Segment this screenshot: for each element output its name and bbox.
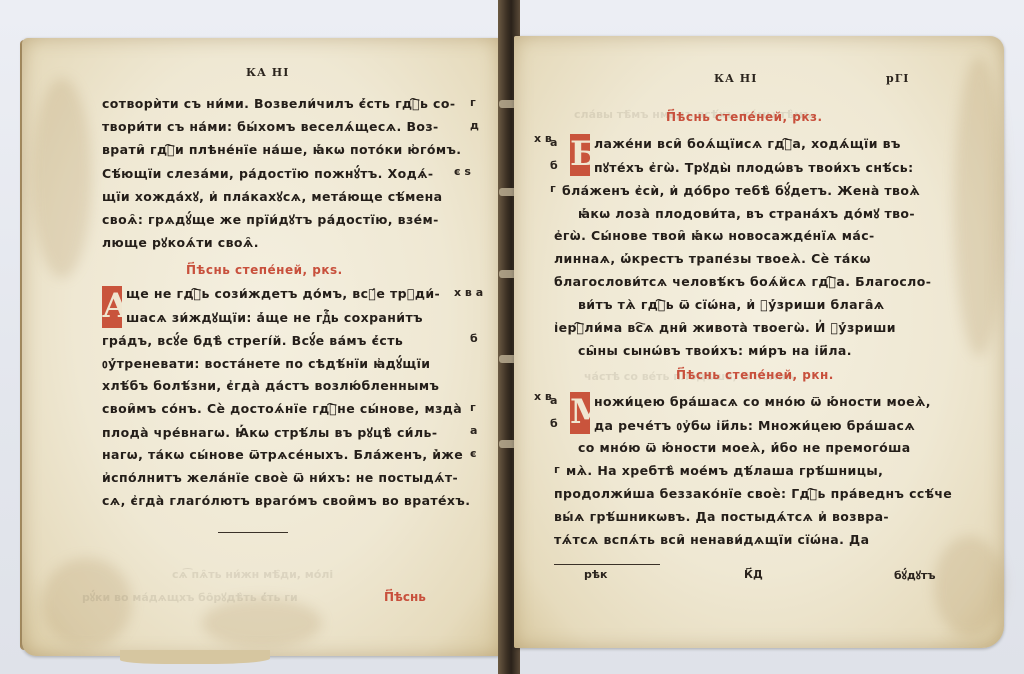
text-line: твори́ти съ на́ми: бы́хомъ веселѧ́щесѧ. … — [102, 119, 439, 134]
verse-number: г — [550, 182, 556, 195]
torn-edge — [120, 650, 270, 664]
text-line: благослови́тсѧ человѣ́къ боѧ́йсѧ гдⷭ҇а. … — [554, 274, 931, 289]
catchword: бꙋ́дꙋтъ — [894, 568, 936, 583]
verse-number: х в а — [454, 286, 483, 299]
left-page: сѧ͡ пѧ̑ть ни́жн мѣ̑ди, мо́лі рꙋ́ки во ма… — [22, 38, 500, 656]
text-line: со мно́ю ѿ ю҆́ности моеѧ̀, и҆́бо не прем… — [578, 440, 911, 455]
end-rule — [218, 532, 288, 533]
drop-cap: А — [102, 286, 122, 328]
verse-number: а — [470, 424, 477, 437]
stain — [202, 598, 322, 648]
drop-cap: М — [570, 392, 590, 434]
signature-mark: рѣк — [584, 568, 607, 581]
quire-number: К҃Д — [744, 568, 763, 581]
text-line: лаже́ни вси̑ боѧ́щїисѧ гдⷭ҇а, ходѧ́щїи в… — [594, 136, 901, 151]
text-line: продолжи́ша беззако́нїе своѐ: Гдⷭ҇ь пра́… — [554, 486, 952, 501]
psalm-heading: П҃ѣснь степе́ней, ркѕ. — [186, 263, 343, 277]
text-line: линнаѧ, ѡ҆́крестъ трапе́зы твоеѧ̀. Сѐ та… — [554, 251, 871, 266]
psalm-heading: П҃ѣснь степе́ней, ркн. — [676, 368, 834, 382]
text-line: врати̑ гдⷭ҇и плѣне́нїе на́ше, ꙗ҆́кѡ пото… — [102, 142, 461, 157]
verse-number: г — [470, 401, 476, 414]
text-line: люще рꙋкоѧ́ти своѧ̑. — [102, 234, 259, 251]
running-head: КА НІ — [714, 72, 757, 85]
bleed-through-text: рꙋ́ки во ма́дѧщхъ бо̑рꙋдѣ̀ть є҆́ть ги — [82, 590, 298, 605]
text-line: да рече́тъ ᲂу҆бѡ і҆и҃ль: Множи́цею бра́ш… — [594, 417, 915, 434]
text-line: нагѡ, та́кѡ сы́нове ѿтрѧсе́ныхъ. Бла́жен… — [102, 447, 463, 462]
text-line: вы́ѧ грѣ́шникѡвъ. Да постыдѧ́тсѧ и҆ возв… — [554, 509, 889, 524]
verse-number: б — [550, 159, 558, 172]
text-line: Сѣ́ющїи слеза́ми, ра́достїю пожнꙋ́тъ. Хо… — [102, 165, 433, 182]
psalm-heading: П҃ѣснь степе́ней, ркз. — [666, 110, 823, 124]
verse-number: б — [470, 332, 478, 345]
verse-number: д — [470, 119, 479, 132]
text-line: шасѧ зи́ждꙋщїи: а҆́ще не гдⷭ҇ь сохрани́т… — [126, 309, 423, 326]
text-line: ꙗ҆́кѡ лоза̀ плодови́та, въ страна́хъ до́… — [578, 205, 915, 222]
text-line: своѧ̑: грѧдꙋ́ще же прїи́дꙋтъ ра́достїю, … — [102, 211, 439, 228]
text-line: ᲂу҆́треневати: воста́нете по сѣдѣ́нїи ꙗ҆… — [102, 355, 430, 372]
verse-number: г — [554, 463, 560, 476]
text-line: гра́дъ, всꙋ́е бдѣ̀ стрегі́й. Всꙋ́е ва́мъ… — [102, 332, 403, 349]
text-line: щїи хожда́хꙋ, и҆ пла́кахꙋсѧ, мета́юще сѣ… — [102, 188, 443, 205]
text-line: ножи́цею бра́шасѧ со мно́ю ѿ ю҆́ности мо… — [594, 394, 931, 409]
drop-cap: Б — [570, 134, 590, 176]
folio-number: рГІ — [886, 72, 909, 85]
text-line: свои̑мъ со́нъ. Сѐ достоѧ́нїе гдⷭ҇не сы́н… — [102, 401, 462, 416]
verse-number: г — [470, 96, 476, 109]
text-line: сотворѝти съ ни́ми. Возвели́чилъ є҆́сть … — [102, 96, 455, 111]
text-line: хлѣ́бъ болѣ́зни, є҆гда̀ да́стъ возлю́бле… — [102, 378, 439, 393]
verse-number: є ѕ — [454, 165, 471, 178]
right-page: сла́вы тѣ̑мъ нма́дъ всѣ́хъ, ко́мѡ тѣ̀мъ.… — [514, 36, 1004, 648]
bleed-through-text: сѧ͡ пѧ̑ть ни́жн мѣ̑ди, мо́лі — [172, 568, 333, 581]
text-line: бла́женъ є҆сѝ, и҆ до́бро тебѣ̀ бꙋ́детъ. … — [562, 182, 920, 199]
text-line: плода̀ чре́внагѡ. Ꙗ҆́кѡ стрѣ́лы въ рꙋцѣ̀… — [102, 424, 437, 441]
text-line: е҆гѡ̀. Сы́нове твои̑ ꙗ҆́кѡ новосажде́нїѧ… — [554, 228, 875, 243]
stain — [32, 78, 92, 278]
verse-number: а — [550, 394, 557, 407]
text-line: і҆ерⷭ҇ли́ма вс҇ѧ дни̑ живота̀ твоегѡ̀. И… — [554, 320, 896, 335]
stain — [954, 56, 1004, 356]
text-line: и҆спо́лнитъ жела́нїе своѐ ѿ ни́хъ: не по… — [102, 470, 458, 485]
verse-number: є — [470, 447, 477, 460]
text-line: ви́тъ тѧ̀ гдⷭ҇ь ѿ сїѡ́на, и҆ ᲂу҆́зриши б… — [578, 297, 885, 312]
text-line: сѧ, є҆гда̀ глаго́лютъ враго́мъ свои̑мъ в… — [102, 493, 470, 508]
text-line: ще не гдⷭ҇ь сози́ждетъ до́мъ, всꙋ́е трꙋд… — [126, 286, 440, 301]
running-head: КА НІ — [246, 66, 289, 79]
signature-rule — [554, 564, 660, 565]
catchword: П҃ѣснь — [384, 590, 426, 604]
photo-scene: сѧ͡ пѧ̑ть ни́жн мѣ̑ди, мо́лі рꙋ́ки во ма… — [0, 0, 1024, 674]
stain — [934, 536, 1004, 636]
text-line: мѧ̀. На хребтѣ̀ мое́мъ дѣ́лаша грѣ́шницы… — [566, 463, 883, 478]
verse-number: а — [550, 136, 557, 149]
verse-number: б — [550, 417, 558, 430]
text-line: пꙋте́хъ є҆гѡ̀. Трꙋды̀ плодѡ́въ твои́хъ с… — [594, 159, 913, 176]
text-line: сы̑ны сынѡ́въ твои́хъ: ми́ръ на і҆и҃ла. — [578, 343, 852, 358]
text-line: тѧ́тсѧ вспѧ́ть вси̑ ненави́дѧщїи сїѡ́на.… — [554, 532, 869, 547]
